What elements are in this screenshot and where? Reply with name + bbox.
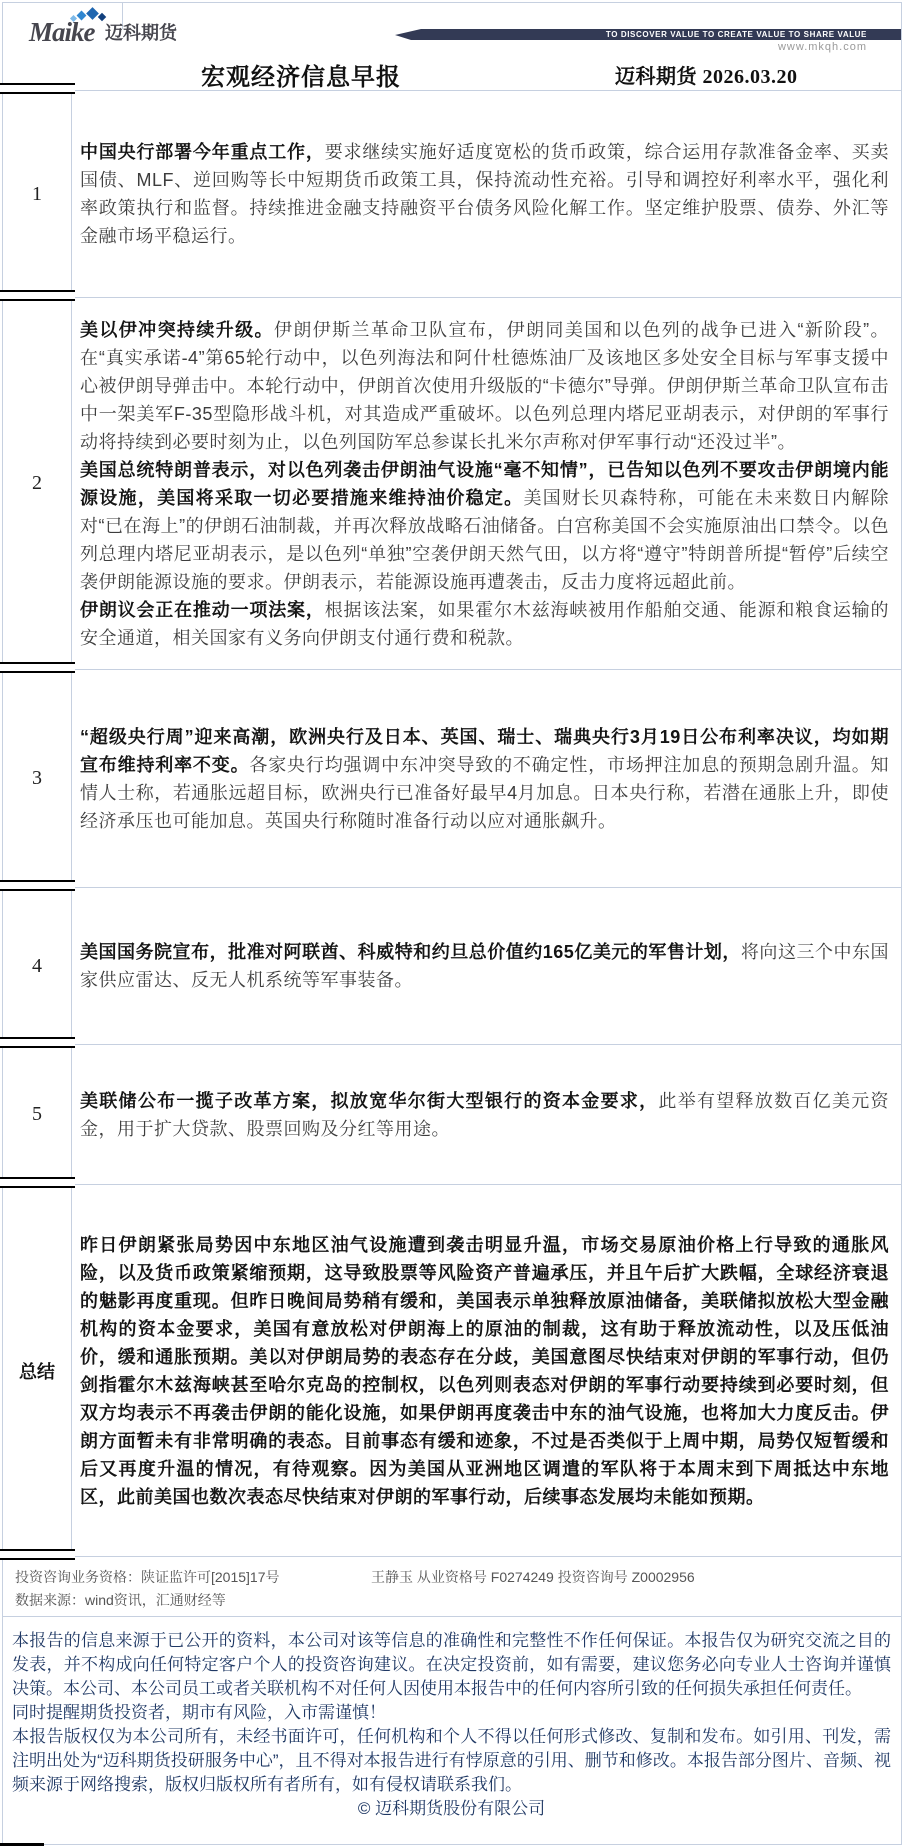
row-content: 美联储公布一揽子改革方案，拟放宽华尔街大型银行的资本金要求，此举有望释放数百亿美… xyxy=(72,1045,901,1184)
row-paragraph: 伊朗议会正在推动一项法案，根据该法案，如果霍尔木兹海峡被用作船舶交通、能源和粮食… xyxy=(80,596,889,652)
row-number: 3 xyxy=(3,670,72,887)
table-row: 4 美国国务院宣布，批准对阿联酋、科威特和约旦总价值约165亿美元的军售计划，将… xyxy=(3,888,901,1045)
paragraph-bold-lead: 中国央行部署今年重点工作， xyxy=(80,142,325,162)
row-paragraph: 美以伊冲突持续升级。伊朗伊斯兰革命卫队宣布，伊朗同美国和以色列的战争已进入“新阶… xyxy=(80,316,889,456)
row-paragraph: 中国央行部署今年重点工作，要求继续实施好适度宽松的货币政策，综合运用存款准备金率… xyxy=(80,138,889,250)
company-logo: Maike 迈科期货 xyxy=(29,17,177,48)
report-page: Maike 迈科期货 TO DISCOVER VALUE TO CREATE V… xyxy=(0,0,904,1846)
row-number: 5 xyxy=(3,1045,72,1184)
credentials-footer: 投资咨询业务资格：陕证监许可[2015]17号 王静玉 从业资格号 F02742… xyxy=(3,1557,901,1617)
data-source-text: 数据来源：wind资讯，汇通财经等 xyxy=(15,1589,901,1612)
row-content: 美国国务院宣布，批准对阿联酋、科威特和约旦总价值约165亿美元的军售计划，将向这… xyxy=(72,888,901,1044)
row-paragraph: 美国国务院宣布，批准对阿联酋、科威特和约旦总价值约165亿美元的军售计划，将向这… xyxy=(80,938,889,994)
slogan-banner: TO DISCOVER VALUE TO CREATE VALUE TO SHA… xyxy=(395,29,901,40)
row-number: 2 xyxy=(3,298,72,669)
row-paragraph: “超级央行周”迎来高潮，欧洲央行及日本、英国、瑞士、瑞典央行3月19日公布利率决… xyxy=(80,723,889,835)
row-separator xyxy=(0,83,75,94)
paragraph-bold-lead: 伊朗议会正在推动一项法案， xyxy=(80,600,325,620)
disclaimer-block: 本报告的信息来源于已公开的资料，本公司对该等信息的准确性和完整性不作任何保证。本… xyxy=(3,1617,901,1821)
paragraph-bold-lead: 美国国务院宣布，批准对阿联酋、科威特和约旦总价值约165亿美元的军售计划， xyxy=(80,942,741,962)
row-number: 总结 xyxy=(3,1185,72,1556)
row-paragraph: 昨日伊朗紧张局势因中东地区油气设施遭到袭击明显升温，市场交易原油价格上行导致的通… xyxy=(80,1231,889,1511)
qualification-text: 投资咨询业务资格：陕证监许可[2015]17号 xyxy=(15,1569,280,1585)
analyst-text: 王静玉 从业资格号 F0274249 投资咨询号 Z0002956 xyxy=(371,1566,695,1589)
row-content: 美以伊冲突持续升级。伊朗伊斯兰革命卫队宣布，伊朗同美国和以色列的战争已进入“新阶… xyxy=(72,298,901,669)
table-row: 3 “超级央行周”迎来高潮，欧洲央行及日本、英国、瑞士、瑞典央行3月19日公布利… xyxy=(3,670,901,888)
row-separator xyxy=(0,1037,75,1048)
row-content: 昨日伊朗紧张局势因中东地区油气设施遭到袭击明显升温，市场交易原油价格上行导致的通… xyxy=(72,1185,901,1556)
logo-company-name: 迈科期货 xyxy=(105,23,177,43)
credentials-line: 投资咨询业务资格：陕证监许可[2015]17号 王静玉 从业资格号 F02742… xyxy=(15,1566,901,1589)
table-row: 5 美联储公布一揽子改革方案，拟放宽华尔街大型银行的资本金要求，此举有望释放数百… xyxy=(3,1045,901,1185)
risk-warning: 同时提醒期货投资者，期市有风险，入市需谨慎！ xyxy=(12,1701,891,1725)
brand-and-date: 迈科期货 2026.03.20 xyxy=(615,60,798,89)
row-paragraph: 美国总统特朗普表示，对以色列袭击伊朗油气设施“毫不知情”，已告知以色列不要攻击伊… xyxy=(80,456,889,596)
row-paragraph: 美联储公布一揽子改革方案，拟放宽华尔街大型银行的资本金要求，此举有望释放数百亿美… xyxy=(80,1087,889,1143)
row-content: “超级央行周”迎来高潮，欧洲央行及日本、英国、瑞士、瑞典央行3月19日公布利率决… xyxy=(72,670,901,887)
row-content: 中国央行部署今年重点工作，要求继续实施好适度宽松的货币政策，综合运用存款准备金率… xyxy=(72,91,901,297)
row-separator xyxy=(0,662,75,673)
row-separator xyxy=(0,1549,75,1560)
row-number: 1 xyxy=(3,91,72,297)
row-separator xyxy=(0,880,75,891)
row-number: 4 xyxy=(3,888,72,1044)
table-row: 1 中国央行部署今年重点工作，要求继续实施好适度宽松的货币政策，综合运用存款准备… xyxy=(3,91,901,298)
logo-diamonds-icon xyxy=(71,9,111,23)
summary-row: 总结 昨日伊朗紧张局势因中东地区油气设施遭到袭击明显升温，市场交易原油价格上行导… xyxy=(3,1185,901,1557)
disclaimer-paragraph: 本报告的信息来源于已公开的资料，本公司对该等信息的准确性和完整性不作任何保证。本… xyxy=(12,1629,891,1701)
document-border: Maike 迈科期货 TO DISCOVER VALUE TO CREATE V… xyxy=(2,2,902,1845)
row-separator xyxy=(0,290,75,301)
copyright-paragraph: 本报告版权仅为本公司所有，未经书面许可，任何机构和个人不得以任何形式修改、复制和… xyxy=(12,1725,891,1797)
paragraph-bold-lead: 美以伊冲突持续升级。 xyxy=(80,320,274,340)
title-bar: 宏观经济信息早报 迈科期货 2026.03.20 xyxy=(3,49,901,91)
paragraph-bold-lead: 昨日伊朗紧张局势因中东地区油气设施遭到袭击明显升温，市场交易原油价格上行导致的通… xyxy=(80,1235,889,1507)
paragraph-bold-lead: 美联储公布一揽子改革方案，拟放宽华尔街大型银行的资本金要求， xyxy=(80,1091,658,1111)
row-separator xyxy=(0,1177,75,1188)
report-header: Maike 迈科期货 TO DISCOVER VALUE TO CREATE V… xyxy=(3,3,901,49)
copyright-line: © 迈科期货股份有限公司 xyxy=(12,1797,891,1821)
page-title: 宏观经济信息早报 xyxy=(201,57,401,92)
table-row: 2 美以伊冲突持续升级。伊朗伊斯兰革命卫队宣布，伊朗同美国和以色列的战争已进入“… xyxy=(3,298,901,670)
